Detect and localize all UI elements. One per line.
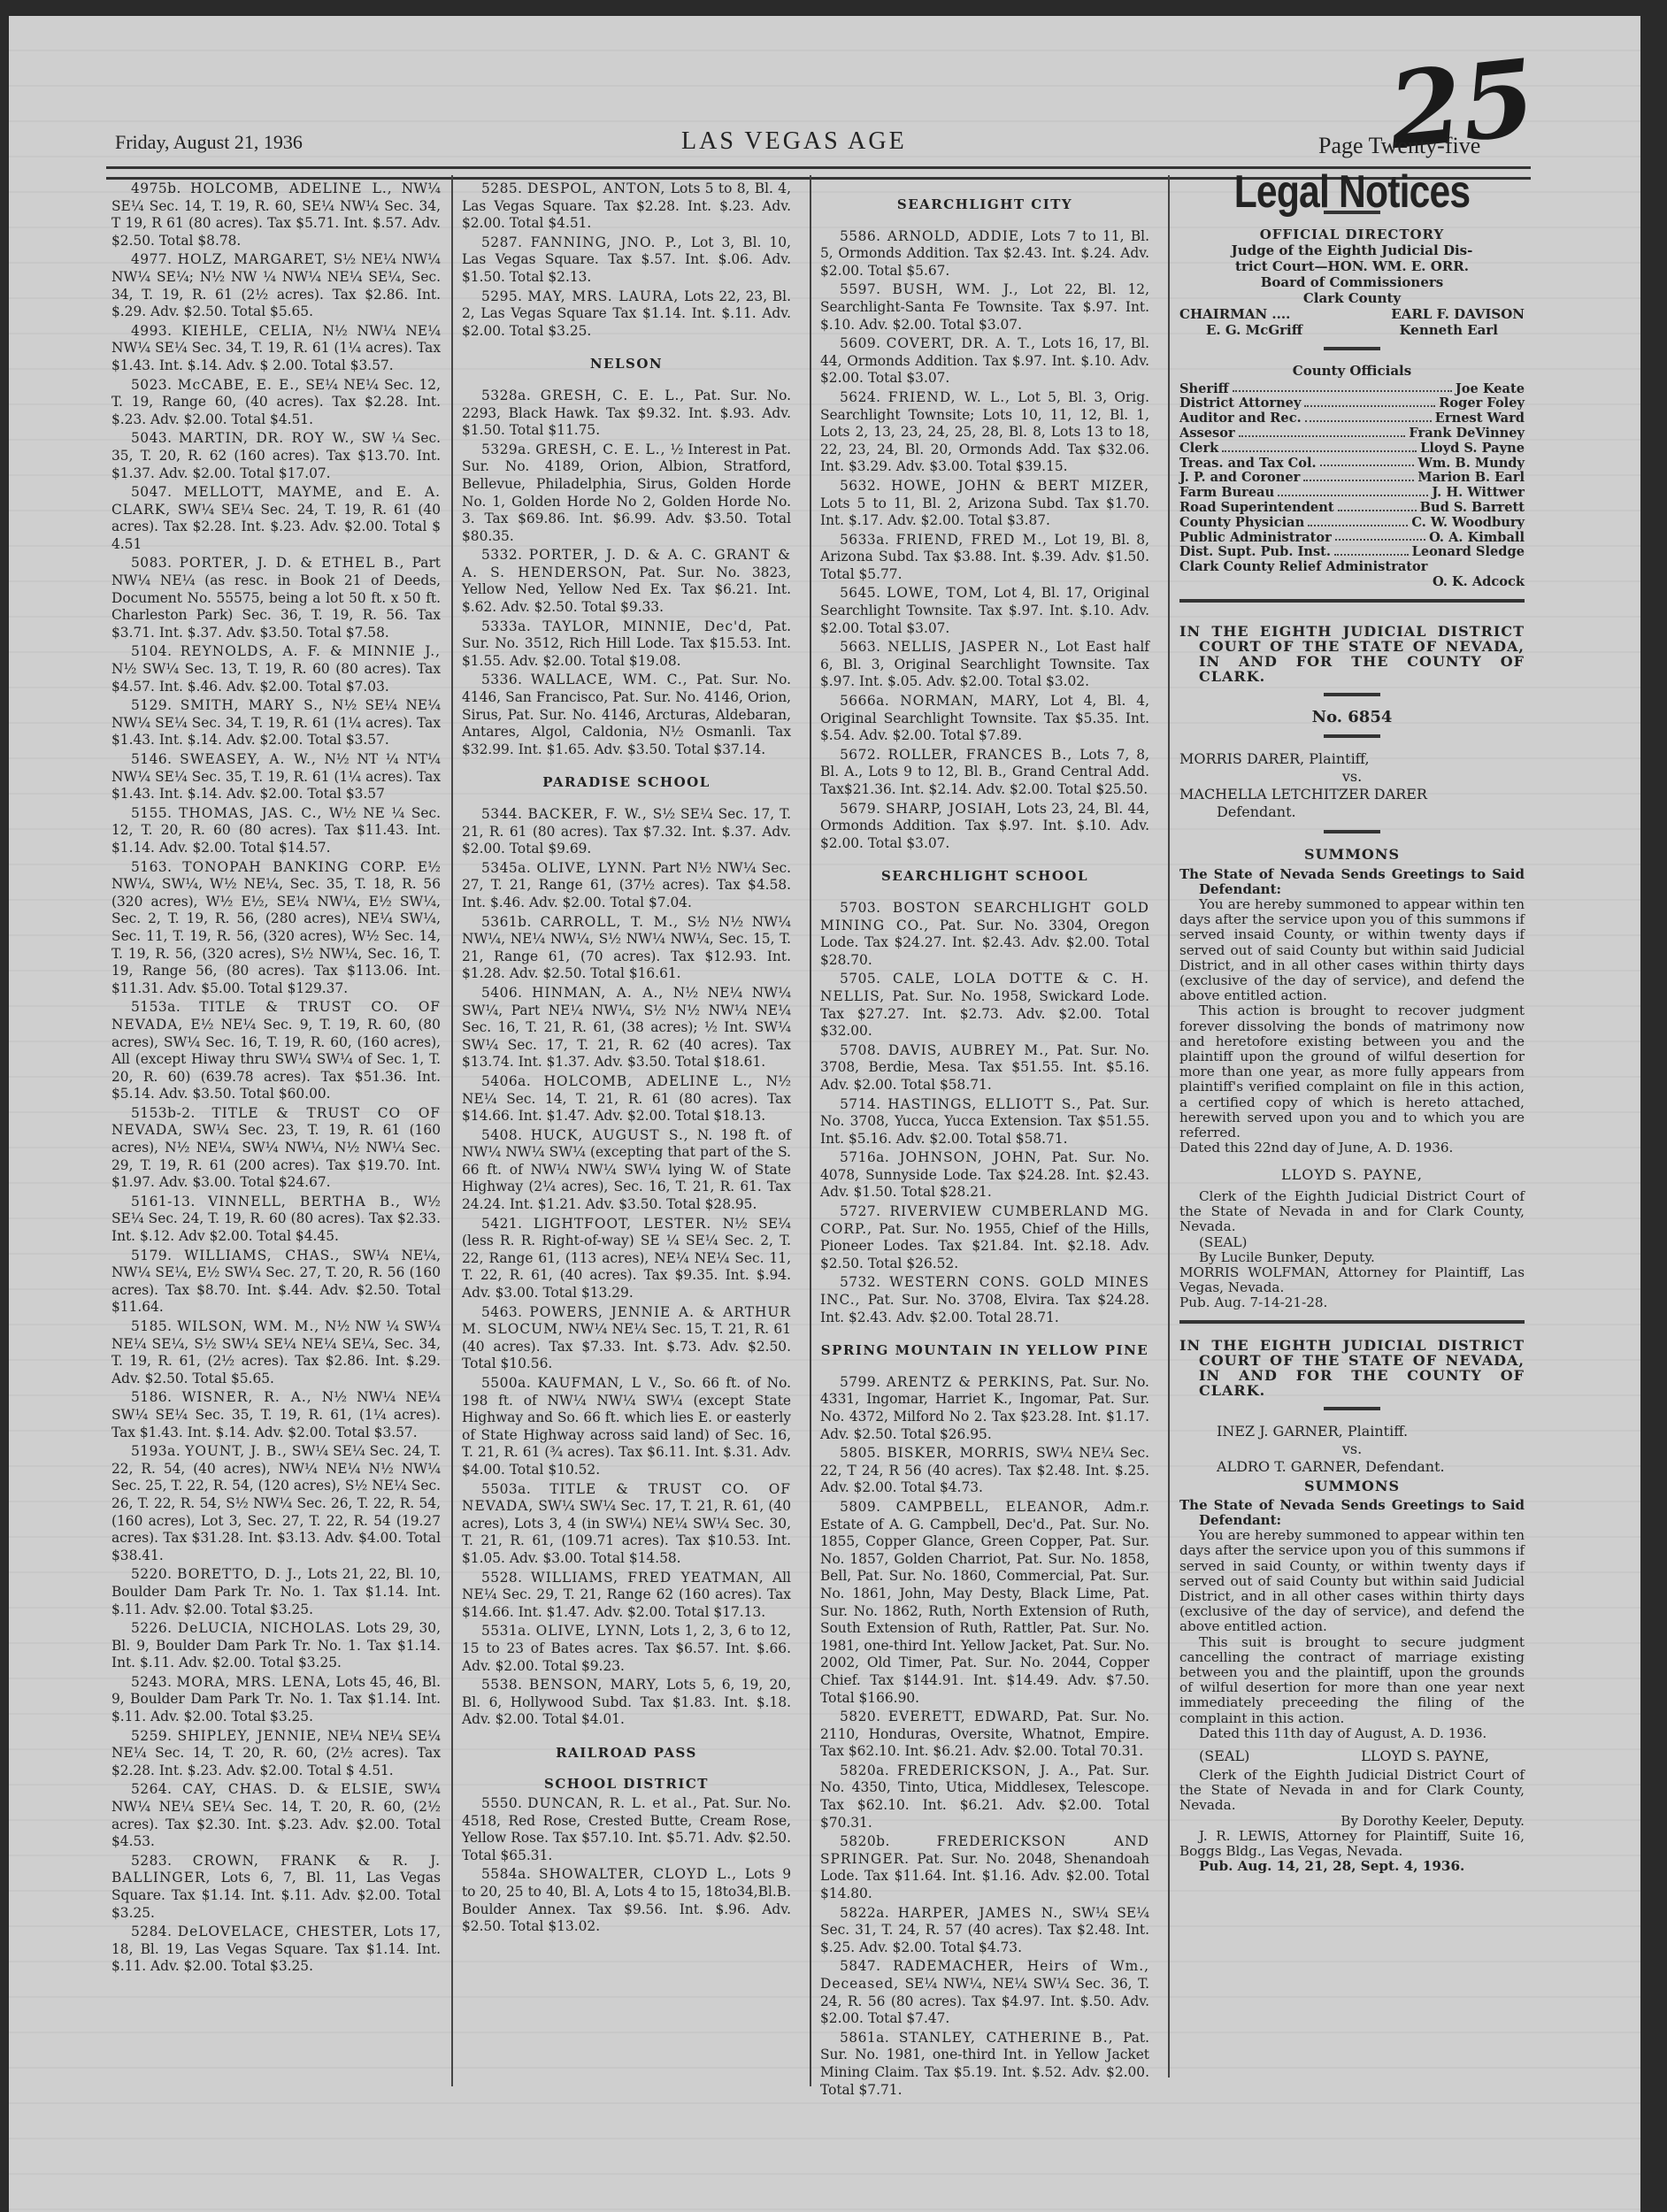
owner-name: BISKER, MORRIS,: [887, 1445, 1031, 1461]
action-paragraph: This action is brought to recover judgme…: [1179, 1003, 1525, 1141]
official-title: Clerk: [1179, 442, 1218, 457]
tax-list-entry: 5716a. JOHNSON, JOHN, Pat. Sur. No. 4078…: [820, 1149, 1149, 1202]
tax-list-column-1: 4975b. HOLCOMB, ADELINE L., NW¼ SE¼ Sec.…: [111, 180, 441, 1978]
clerk-signature: LLOYD S. PAYNE,: [1361, 1748, 1489, 1764]
divider: [1179, 599, 1525, 603]
owner-name: DUNCAN, R. L. et al.,: [527, 1795, 698, 1811]
leader-dots: [1304, 396, 1435, 407]
case-number: No. 6854: [1179, 709, 1525, 726]
leader-dots: [1320, 457, 1415, 467]
relief-administrator-name-row: O. K. Adcock: [1179, 575, 1525, 590]
issue-date: Friday, August 21, 1936: [115, 131, 303, 154]
parcel-number: 5538.: [481, 1677, 523, 1693]
owner-name: KAUFMAN, L V.,: [538, 1375, 668, 1391]
seal-signature-row: (SEAL) LLOYD S. PAYNE,: [1179, 1748, 1525, 1764]
board-heading: Board of Commissioners: [1179, 274, 1525, 290]
tax-list-entry: 5146. SWEASEY, A. W., N½ NT ¼ NT¼ NW¼ SE…: [111, 751, 441, 803]
legal-notices-title: Legal Notices: [1210, 184, 1494, 202]
parcel-number: 5586.: [840, 228, 881, 244]
official-name: Leonard Sledge: [1412, 545, 1525, 560]
tax-list-entry: 5727. RIVERVIEW CUMBERLAND MG. CORP., Pa…: [820, 1203, 1149, 1272]
county-official-row: J. P. and CoronerMarion B. Earl: [1179, 471, 1525, 486]
county-official-row: District AttorneyRoger Foley: [1179, 396, 1525, 411]
official-name: Ernest Ward: [1435, 411, 1525, 426]
parcel-number: 5732.: [840, 1274, 881, 1290]
parcel-description: SW¼ SE¼ Sec. 24, T. 22, R. 54, (40 acres…: [111, 1443, 441, 1563]
tax-list-entry: 5531a. OLIVE, LYNN, Lots 1, 2, 3, 6 to 1…: [462, 1623, 791, 1675]
parcel-number: 5705.: [840, 971, 881, 987]
tax-list-entry: 5104. REYNOLDS, A. F. & MINNIE J., N½ SW…: [111, 643, 441, 695]
owner-name: WILLIAMS, CHAS.,: [184, 1248, 340, 1263]
parcel-number: 5155.: [131, 805, 173, 821]
owner-name: BUSH, WM. J.,: [892, 281, 1018, 297]
chairman-label: CHAIRMAN ....: [1179, 306, 1290, 322]
county-official-row: ClerkLloyd S. Payne: [1179, 442, 1525, 457]
parcel-number: 5146.: [131, 751, 173, 767]
leader-dots: [1278, 486, 1428, 496]
official-title: Dist. Supt. Pub. Inst.: [1179, 545, 1331, 560]
seal: (SEAL): [1199, 1748, 1249, 1764]
tax-list-entry: 5344. BACKER, F. W., S½ SE¼ Sec. 17, T. …: [462, 806, 791, 858]
tax-list-entry: 5285. DESPOL, ANTON, Lots 5 to 8, Bl. 4,…: [462, 180, 791, 233]
leader-dots: [1338, 501, 1417, 511]
tax-list-entry: 5633a. FRIEND, FRED M., Lot 19, Bl. 8, A…: [820, 532, 1149, 584]
owner-name: PORTER, J. D. & ETHEL B.,: [180, 555, 405, 571]
parcel-number: 5104.: [131, 643, 173, 659]
tax-list-entry: 5243. MORA, MRS. LENA, Lots 45, 46, Bl. …: [111, 1674, 441, 1726]
official-title: County Physician: [1179, 516, 1304, 531]
parcel-number: 5283.: [131, 1853, 173, 1869]
tax-list-entry: 4993. KIEHLE, CELIA, N½ NW¼ NE¼ NW¼ SE¼ …: [111, 323, 441, 375]
parcel-number: 5185.: [131, 1318, 173, 1334]
column-divider: [1168, 175, 1170, 2078]
owner-name: HOLZ, MARGARET,: [178, 251, 328, 267]
tax-list-entry: 5632. HOWE, JOHN & BERT MIZER, Lots 5 to…: [820, 478, 1149, 530]
tax-list-entry: 5421. LIGHTFOOT, LESTER. N½ SE¼ (less R.…: [462, 1216, 791, 1302]
tax-list-entry: 5361b. CARROLL, T. M., S½ N½ NW¼ NW¼, NE…: [462, 914, 791, 983]
owner-name: THOMAS, JAS. C.,: [179, 805, 322, 821]
tax-list-column-3: SEARCHLIGHT CITY5586. ARNOLD, ADDIE, Lot…: [820, 180, 1149, 2101]
owner-name: SWEASEY, A. W.,: [180, 751, 317, 767]
official-name: Wm. B. Mundy: [1417, 457, 1525, 472]
column-divider: [810, 175, 811, 2086]
tax-list-entry: 5663. NELLIS, JASPER N., Lot East half 6…: [820, 639, 1149, 691]
tax-list-entry: 5847. RADEMACHER, Heirs of Wm., Deceased…: [820, 1958, 1149, 2027]
tax-list-entry: 5550. DUNCAN, R. L. et al., Pat. Sur. No…: [462, 1795, 791, 1864]
official-title: District Attorney: [1179, 396, 1301, 411]
parcel-number: 5624.: [840, 389, 881, 405]
owner-name: TONOPAH BANKING CORP.: [182, 859, 407, 875]
tax-list-entry: 5820a. FREDERICKSON, J. A., Pat. Sur. No…: [820, 1763, 1149, 1832]
owner-name: DeLUCIA, NICHOLAS.: [178, 1620, 351, 1636]
owner-name: ARENTZ & PERKINS,: [887, 1374, 1055, 1390]
owner-name: DeLOVELACE, CHESTER,: [178, 1924, 379, 1939]
leader-dots: [1239, 426, 1406, 437]
chairman-name: EARL F. DAVISON: [1391, 306, 1525, 322]
commissioners-row: E. G. McGriff Kenneth Earl: [1179, 322, 1525, 338]
tax-list-entry: 5732. WESTERN CONS. GOLD MINES INC., Pat…: [820, 1274, 1149, 1326]
section-heading: PARADISE SCHOOL: [462, 774, 791, 792]
tax-list-entry: 5155. THOMAS, JAS. C., W½ NE ¼ Sec. 12, …: [111, 805, 441, 857]
tax-list-entry: 5861a. STANLEY, CATHERINE B., Pat. Sur. …: [820, 2030, 1149, 2099]
parcel-number: 5645.: [840, 585, 881, 601]
official-title: Farm Bureau: [1179, 486, 1274, 501]
tax-list-entry: 5163. TONOPAH BANKING CORP. E½ NW¼, SW¼,…: [111, 859, 441, 998]
parcel-number: 5259.: [131, 1728, 173, 1744]
tax-list-entry: 5538. BENSON, MARY, Lots 5, 6, 19, 20, B…: [462, 1677, 791, 1729]
official-title: Sheriff: [1179, 382, 1229, 397]
leader-dots: [1305, 411, 1432, 422]
parcel-number: 5809.: [840, 1499, 881, 1515]
parcel-number: 5716a.: [840, 1149, 889, 1165]
leader-dots: [1308, 516, 1408, 526]
county-officials-heading: County Officials: [1179, 363, 1525, 379]
versus: vs.: [1179, 768, 1525, 786]
owner-name: GRESH, C. E. L.,: [535, 442, 665, 457]
divider: [1324, 734, 1380, 738]
tax-list-entry: 5645. LOWE, TOM, Lot 4, Bl. 17, Original…: [820, 585, 1149, 637]
versus: vs.: [1179, 1440, 1525, 1458]
tax-list-entry: 5264. CAY, CHAS. D. & ELSIE, SW¼ NW¼ NE¼…: [111, 1781, 441, 1850]
divider: [1324, 830, 1380, 833]
greeting: The State of Nevada Sends Greetings to S…: [1179, 867, 1525, 897]
leader-dots: [1334, 545, 1409, 556]
owner-name: CAY, CHAS. D. & ELSIE,: [182, 1781, 394, 1797]
parcel-number: 5361b.: [481, 914, 532, 930]
parcel-number: 5226.: [131, 1620, 173, 1636]
court-heading: IN THE EIGHTH JUDICIAL DISTRICT COURT OF…: [1179, 1338, 1525, 1398]
tax-list-entry: 5226. DeLUCIA, NICHOLAS. Lots 29, 30, Bl…: [111, 1620, 441, 1672]
owner-name: VINNELL, BERTHA B.,: [208, 1194, 401, 1210]
section-heading: NELSON: [462, 356, 791, 373]
parcel-number: 5328a.: [481, 388, 531, 403]
county-official-row: Auditor and Rec.Ernest Ward: [1179, 411, 1525, 426]
official-name: Marion B. Earl: [1417, 471, 1525, 486]
owner-name: DESPOL, ANTON,: [527, 180, 665, 196]
parcel-number: 5550.: [481, 1795, 523, 1811]
parcel-number: 5083.: [131, 555, 173, 571]
leader-dots: [1233, 382, 1452, 393]
tax-list-entry: 5185. WILSON, WM. M., N½ NW ¼ SW¼ NE¼ SE…: [111, 1318, 441, 1387]
owner-name: REYNOLDS, A. F. & MINNIE J.,: [181, 643, 441, 659]
defendant: ALDRO T. GARNER, Defendant.: [1179, 1458, 1525, 1476]
commissioner-name: E. G. McGriff: [1206, 322, 1302, 338]
tax-list-entry: 5609. COVERT, DR. A. T., Lots 16, 17, Bl…: [820, 335, 1149, 388]
tax-list-entry: 5328a. GRESH, C. E. L., Pat. Sur. No. 22…: [462, 388, 791, 440]
tax-list-entry: 5799. ARENTZ & PERKINS, Pat. Sur. No. 43…: [820, 1374, 1149, 1443]
tax-list-entry: 5129. SMITH, MARY S., N½ SE¼ NE¼ NW¼ SE¼…: [111, 697, 441, 749]
owner-name: STANLEY, CATHERINE B.,: [899, 2030, 1114, 2046]
parcel-number: 4993.: [131, 323, 173, 339]
owner-name: YOUNT, J. B.,: [185, 1443, 288, 1459]
official-name: Roger Foley: [1439, 396, 1525, 411]
owner-name: HARPER, JAMES N.,: [898, 1905, 1064, 1921]
leader-dots: [1222, 442, 1417, 452]
official-name: Lloyd S. Payne: [1420, 442, 1525, 457]
tax-list-entry: 5705. CALE, LOLA DOTTE & C. H. NELLIS, P…: [820, 971, 1149, 1040]
column-divider: [451, 175, 453, 2086]
defendant-label: Defendant.: [1179, 803, 1525, 821]
attorney: MORRIS WOLFMAN, Attorney for Plaintiff, …: [1179, 1265, 1525, 1295]
owner-name: MORA, MRS. LENA,: [177, 1674, 332, 1690]
owner-name: BENSON, MARY,: [529, 1677, 660, 1693]
tax-list-entry: 5295. MAY, MRS. LAURA, Lots 22, 23, Bl. …: [462, 288, 791, 341]
seal: (SEAL): [1179, 1235, 1525, 1250]
chairman-row: CHAIRMAN .... EARL F. DAVISON: [1179, 306, 1525, 322]
owner-name: SHARP, JOSIAH,: [886, 801, 1012, 817]
owner-name: BACKER, F. W.,: [527, 806, 647, 822]
divider: [1179, 1320, 1525, 1324]
tax-list-entry: 4975b. HOLCOMB, ADELINE L., NW¼ SE¼ Sec.…: [111, 180, 441, 250]
owner-name: HOLCOMB, ADELINE L.,: [190, 180, 393, 196]
parcel-number: 5703.: [840, 900, 881, 916]
owner-name: HINMAN, A. A.,: [532, 985, 664, 1001]
tax-list-entry: 5047. MELLOTT, MAYME, and E. A. CLARK, S…: [111, 484, 441, 553]
official-title: Assesor: [1179, 426, 1235, 442]
parcel-number: 5295.: [481, 288, 523, 304]
parcel-number: 5672.: [840, 747, 881, 763]
owner-name: SHOWALTER, CLOYD L.,: [539, 1866, 737, 1882]
parcel-number: 5632.: [840, 478, 881, 494]
tax-list-entry: 5708. DAVIS, AUBREY M., Pat. Sur. No. 37…: [820, 1042, 1149, 1094]
tax-list-entry: 5043. MARTIN, DR. ROY W., SW ¼ Sec. 35, …: [111, 430, 441, 482]
owner-name: OLIVE, LYNN.: [536, 860, 647, 876]
parcel-number: 5406a.: [481, 1073, 531, 1089]
parcel-number: 5820a.: [840, 1763, 889, 1778]
parcel-number: 5822a.: [840, 1905, 889, 1921]
parcel-number: 5161-13.: [131, 1194, 196, 1210]
newspaper-page: 25 Friday, August 21, 1936 LAS VEGAS AGE…: [9, 16, 1640, 2212]
parcel-number: 5820b.: [840, 1833, 890, 1849]
clerk-title: Clerk of the Eighth Judicial District Co…: [1179, 1189, 1525, 1235]
owner-name: JOHNSON, JOHN,: [899, 1149, 1041, 1165]
parcel-description: N½ SW¼ Sec. 13, T. 19, R. 60 (80 acres).…: [111, 661, 441, 695]
owner-name: BORETTO, D. J.,: [177, 1566, 303, 1582]
owner-name: LOWE, TOM,: [887, 585, 988, 601]
owner-name: FRIEND, W. L.,: [888, 389, 1010, 405]
tax-list-entry: 5161-13. VINNELL, BERTHA B., W½ SE¼ Sec.…: [111, 1194, 441, 1246]
owner-name: HOLCOMB, ADELINE L.,: [544, 1073, 754, 1089]
owner-name: FRIEND, FRED M.,: [895, 532, 1048, 548]
owner-name: KIEHLE, CELIA,: [181, 323, 313, 339]
owner-name: MAY, MRS. LAURA,: [527, 288, 679, 304]
deputy: By Lucile Bunker, Deputy.: [1179, 1250, 1525, 1265]
owner-name: ROLLER, FRANCES B.,: [888, 747, 1073, 763]
official-title: Treas. and Tax Col.: [1179, 457, 1317, 472]
county-official-row: Treas. and Tax Col.Wm. B. Mundy: [1179, 457, 1525, 472]
tax-list-entry: 5408. HUCK, AUGUST S., N. 198 ft. of NW¼…: [462, 1127, 791, 1214]
parcel-number: 5129.: [131, 697, 173, 713]
parcel-number: 5528.: [481, 1570, 523, 1586]
tax-list-entry: 5345a. OLIVE, LYNN. Part N½ NW¼ Sec. 27,…: [462, 860, 791, 912]
owner-name: NORMAN, MARY,: [900, 693, 1040, 709]
parcel-number: 5287.: [481, 234, 523, 250]
owner-name: CAMPBELL, ELEANOR,: [896, 1499, 1089, 1515]
tax-list-entry: 5666a. NORMAN, MARY, Lot 4, Bl. 4, Origi…: [820, 693, 1149, 745]
divider: [1324, 693, 1380, 696]
tax-list-entry: 5153a. TITLE & TRUST CO. OF NEVADA, E½ N…: [111, 999, 441, 1103]
parcel-number: 4975b.: [131, 180, 181, 196]
tax-list-entry: 5406a. HOLCOMB, ADELINE L., N½ NE¼ Sec. …: [462, 1073, 791, 1125]
official-name: Joe Keate: [1456, 382, 1525, 397]
parcel-number: 5406.: [481, 985, 523, 1001]
parcel-number: 5861a.: [840, 2030, 889, 2046]
parcel-description: Lots 5 to 11, Bl. 2, Arizona Subd. Tax $…: [820, 495, 1149, 529]
parcel-number: 5666a.: [840, 693, 889, 709]
tax-list-entry: 5822a. HARPER, JAMES N., SW¼ SE¼ Sec. 31…: [820, 1905, 1149, 1957]
tax-list-entry: 5332. PORTER, J. D. & A. C. GRANT & A. S…: [462, 547, 791, 616]
tax-list-entry: 5586. ARNOLD, ADDIE, Lots 7 to 11, Bl. 5…: [820, 228, 1149, 280]
attorney: J. R. LEWIS, Attorney for Plaintiff, Sui…: [1179, 1829, 1525, 1859]
parcel-number: 5333a.: [481, 618, 531, 634]
official-name: J. H. Wittwer: [1432, 486, 1525, 501]
parcel-number: 5285.: [481, 180, 523, 196]
county-official-row: AssesorFrank DeVinney: [1179, 426, 1525, 442]
dated-line: Dated this 11th day of August, A. D. 193…: [1179, 1726, 1525, 1741]
parcel-number: 5163.: [131, 859, 173, 875]
tax-list-entry: 5820b. FREDERICKSON AND SPRINGER. Pat. S…: [820, 1833, 1149, 1902]
publication-dates: Pub. Aug. 7-14-21-28.: [1179, 1295, 1525, 1310]
page-label: Page Twenty-five: [1318, 133, 1480, 159]
section-heading: SEARCHLIGHT SCHOOL: [820, 868, 1149, 886]
county-official-row: SheriffJoe Keate: [1179, 382, 1525, 397]
summons-heading: SUMMONS: [1179, 846, 1525, 864]
parcel-number: 4977.: [131, 251, 173, 267]
owner-name: COVERT, DR. A. T.,: [887, 335, 1036, 351]
newspaper-title: LAS VEGAS AGE: [681, 127, 907, 156]
parcel-number: 5805.: [840, 1445, 881, 1461]
parcel-number: 5500a.: [481, 1375, 531, 1391]
leader-dots: [1335, 531, 1425, 541]
parcel-number: 5679.: [840, 801, 881, 817]
owner-name: TAYLOR, MINNIE, Dec'd,: [542, 618, 753, 634]
summons-paragraph: You are hereby summoned to appear within…: [1179, 897, 1525, 1003]
action-paragraph: This suit is brought to secure judgment …: [1179, 1635, 1525, 1726]
tax-list-entry: 4977. HOLZ, MARGARET, S½ NE¼ NW¼ NW¼ SE¼…: [111, 251, 441, 320]
parcel-number: 5332.: [481, 547, 523, 563]
tax-list-entry: 5333a. TAYLOR, MINNIE, Dec'd, Pat. Sur. …: [462, 618, 791, 671]
official-title: J. P. and Coroner: [1179, 471, 1300, 486]
board-county: Clark County: [1179, 290, 1525, 306]
parcel-number: 5708.: [840, 1042, 881, 1058]
parcel-number: 5186.: [131, 1389, 173, 1405]
owner-name: FREDERICKSON, J. A.,: [897, 1763, 1080, 1778]
owner-name: WILSON, WM. M.,: [177, 1318, 319, 1334]
parcel-number: 5023.: [131, 377, 173, 393]
tax-list-column-2: 5285. DESPOL, ANTON, Lots 5 to 8, Bl. 4,…: [462, 180, 791, 1938]
leader-dots: [1303, 471, 1414, 481]
tax-list-entry: 5336. WALLACE, WM. C., Pat. Sur. No. 414…: [462, 672, 791, 758]
parcel-number: 5421.: [481, 1216, 523, 1232]
tax-list-entry: 5672. ROLLER, FRANCES B., Lots 7, 8, Bl.…: [820, 747, 1149, 799]
section-heading: RAILROAD PASS: [462, 1745, 791, 1763]
parcel-number: 5264.: [131, 1781, 173, 1797]
parcel-number: 5047.: [131, 484, 173, 500]
tax-list-entry: 5284. DeLOVELACE, CHESTER, Lots 17, 18, …: [111, 1924, 441, 1976]
tax-list-entry: 5179. WILLIAMS, CHAS., SW¼ NE¼, NW¼ SE¼,…: [111, 1248, 441, 1317]
parcel-number: 5336.: [481, 672, 523, 687]
publication-dates: Pub. Aug. 14, 21, 28, Sept. 4, 1936.: [1179, 1859, 1525, 1874]
parcel-number: 5329a.: [481, 442, 531, 457]
official-name: C. W. Woodbury: [1411, 516, 1525, 531]
tax-list-entry: 5597. BUSH, WM. J., Lot 22, Bl. 12, Sear…: [820, 281, 1149, 334]
tax-list-entry: 5463. POWERS, JENNIE A. & ARTHUR M. SLOC…: [462, 1304, 791, 1373]
owner-name: LIGHTFOOT, LESTER.: [534, 1216, 711, 1232]
tax-list-entry: 5287. FANNING, JNO. P., Lot 3, Bl. 10, L…: [462, 234, 791, 287]
section-heading: SPRING MOUNTAIN IN YELLOW PINE: [820, 1342, 1149, 1360]
tax-list-entry: 5584a. SHOWALTER, CLOYD L., Lots 9 to 20…: [462, 1866, 791, 1935]
tax-list-entry: 5259. SHIPLEY, JENNIE, NE¼ NE¼ SE¼ NE¼ S…: [111, 1728, 441, 1780]
parcel-description: Adm.r. Estate of A. G. Campbell, Dec'd.,…: [820, 1499, 1149, 1706]
parcel-number: 5284.: [131, 1924, 173, 1939]
relief-administrator-row: Clark County Relief Administrator: [1179, 560, 1525, 575]
parcel-number: 5043.: [131, 430, 173, 446]
deputy: By Dorothy Keeler, Deputy.: [1179, 1814, 1525, 1829]
tax-list-entry: 5023. McCABE, E. E., SE¼ NE¼ Sec. 12, T.…: [111, 377, 441, 429]
owner-name: ARNOLD, ADDIE,: [887, 228, 1025, 244]
parcel-number: 5220.: [131, 1566, 173, 1582]
parcel-number: 5531a.: [481, 1623, 531, 1639]
owner-name: EVERETT, EDWARD,: [888, 1709, 1049, 1724]
tax-list-entry: 5679. SHARP, JOSIAH, Lots 23, 24, Bl. 44…: [820, 801, 1149, 853]
masthead: Friday, August 21, 1936 LAS VEGAS AGE Pa…: [115, 127, 1637, 163]
tax-list-entry: 5083. PORTER, J. D. & ETHEL B., Part NW¼…: [111, 555, 441, 641]
tax-list-entry: 5406. HINMAN, A. A., N½ NE¼ NW¼ SW¼, Par…: [462, 985, 791, 1071]
owner-name: HOWE, JOHN & BERT MIZER,: [891, 478, 1149, 494]
tax-list-entry: 5528. WILLIAMS, FRED YEATMAN, All NE¼ Se…: [462, 1570, 791, 1622]
judge-line: trict Court—HON. WM. E. ORR.: [1179, 258, 1525, 274]
tax-list-entry: 5503a. TITLE & TRUST CO. OF NEVADA, SW¼ …: [462, 1481, 791, 1568]
county-official-row: County PhysicianC. W. Woodbury: [1179, 516, 1525, 531]
parcel-number: 5153a.: [131, 999, 181, 1015]
parcel-number: 5503a.: [481, 1481, 531, 1497]
legal-notices-column: Legal Notices OFFICIAL DIRECTORY Judge o…: [1179, 180, 1525, 1874]
tax-list-entry: 5193a. YOUNT, J. B., SW¼ SE¼ Sec. 24, T.…: [111, 1443, 441, 1564]
county-official-row: Public AdministratorO. A. Kimball: [1179, 531, 1525, 546]
divider: [1324, 347, 1380, 350]
divider: [1324, 1407, 1380, 1410]
parcel-number: 5609.: [840, 335, 881, 351]
owner-name: DAVIS, AUBREY M.,: [888, 1042, 1049, 1058]
official-title: Public Administrator: [1179, 531, 1332, 546]
clerk-title: Clerk of the Eighth Judicial District Co…: [1179, 1768, 1525, 1814]
parcel-number: 5344.: [481, 806, 523, 822]
official-name: Bud S. Barrett: [1420, 501, 1525, 516]
tax-list-entry: 5153b-2. TITLE & TRUST CO OF NEVADA, SW¼…: [111, 1105, 441, 1192]
owner-name: McCABE, E. E.,: [178, 377, 300, 393]
parcel-number: 5243.: [131, 1674, 173, 1690]
parcel-number: 5584a.: [481, 1866, 531, 1882]
plaintiff: MORRIS DARER, Plaintiff,: [1179, 750, 1525, 768]
parcel-description: E½ NW¼, SW¼, W½ NE¼, Sec. 35, T. 18, R. …: [111, 859, 441, 996]
owner-name: SMITH, MARY S.,: [181, 697, 324, 713]
parcel-number: 5193a.: [131, 1443, 181, 1459]
tax-list-entry: 5820. EVERETT, EDWARD, Pat. Sur. No. 211…: [820, 1709, 1149, 1761]
county-official-row: Dist. Supt. Pub. Inst.Leonard Sledge: [1179, 545, 1525, 560]
tax-list-entry: 5703. BOSTON SEARCHLIGHT GOLD MINING CO.…: [820, 900, 1149, 969]
summons-heading: SUMMONS: [1179, 1478, 1525, 1495]
parcel-number: 5727.: [840, 1203, 881, 1219]
tax-list-entry: 5714. HASTINGS, ELLIOTT S., Pat. Sur. No…: [820, 1096, 1149, 1148]
official-name: O. A. Kimball: [1429, 531, 1525, 546]
tax-list-entry: 5500a. KAUFMAN, L V., So. 66 ft. of No. …: [462, 1375, 791, 1479]
tax-list-entry: 5220. BORETTO, D. J., Lots 21, 22, Bl. 1…: [111, 1566, 441, 1618]
owner-name: FANNING, JNO. P.,: [531, 234, 683, 250]
parcel-number: 5714.: [840, 1096, 881, 1112]
owner-name: MARTIN, DR. ROY W.,: [179, 430, 355, 446]
parcel-number: 5847.: [840, 1958, 881, 1974]
tax-list-entry: 5809. CAMPBELL, ELEANOR, Adm.r. Estate o…: [820, 1499, 1149, 1707]
